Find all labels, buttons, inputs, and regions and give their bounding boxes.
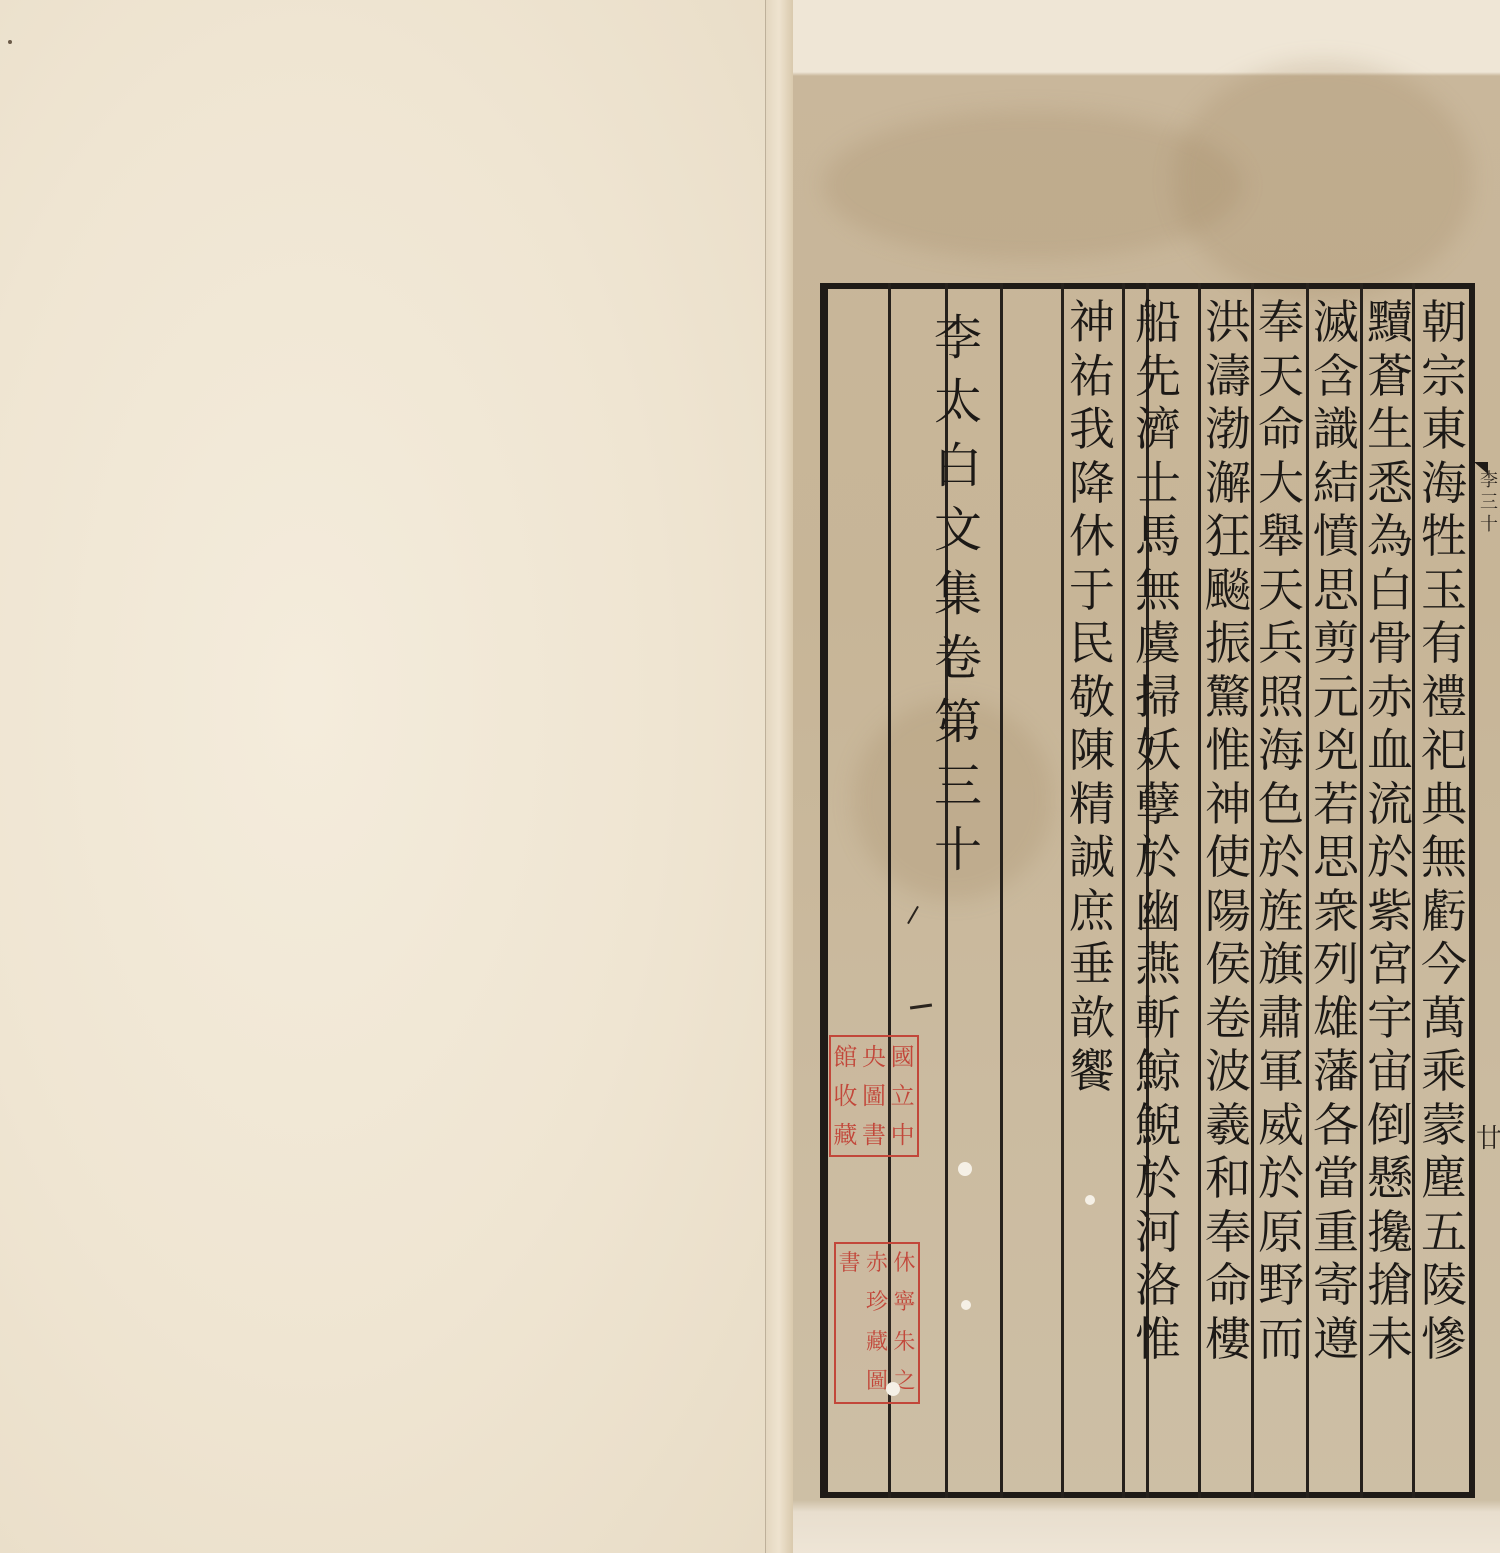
character: 原 [1258,1206,1304,1260]
seal-character: 藏 [863,1332,890,1354]
character: 遵 [1313,1313,1359,1367]
text-column-4: 奉天命大舉天兵照海色於旌旗肅軍威於原野而 [1255,296,1307,1366]
character: 陽 [1205,885,1251,939]
character: 海 [1421,457,1467,511]
character: 結 [1313,457,1359,511]
character: 玉 [1421,564,1467,618]
character: 五 [1421,1206,1467,1260]
character: 洪 [1205,296,1251,350]
character: 於 [1135,831,1181,885]
character: 幽 [1135,885,1181,939]
character: 思 [1313,831,1359,885]
character: 宙 [1367,1045,1413,1099]
character: 神 [1069,296,1115,350]
character: 士 [1135,457,1181,511]
character: 朝 [1421,296,1467,350]
character: 先 [1135,350,1181,404]
character: 惟 [1205,724,1251,778]
character: 誠 [1069,831,1115,885]
character: 燕 [1135,938,1181,992]
seal-character: 立 [888,1084,917,1108]
character: 思 [1313,564,1359,618]
character: 我 [1069,403,1115,457]
character: 海 [1258,724,1304,778]
character: 於 [1367,831,1413,885]
character: 衆 [1313,885,1359,939]
character: 牲 [1421,510,1467,564]
character: 民 [1069,617,1115,671]
character: 澥 [1205,457,1251,511]
character: 重 [1313,1206,1359,1260]
character: 典 [1421,778,1467,832]
column-rule [1198,283,1201,1498]
left-blank-page [0,0,765,1553]
character: 雄 [1313,992,1359,1046]
character: 船 [1135,296,1181,350]
character: 振 [1205,617,1251,671]
paper-stain [1173,60,1473,300]
character: 野 [1258,1259,1304,1313]
character: 肅 [1258,992,1304,1046]
title-character: 白 [934,434,982,498]
character: 東 [1421,403,1467,457]
worm-hole [1085,1195,1095,1205]
plate-mark-character: 三 [1480,492,1498,514]
character: 鯨 [1135,1045,1181,1099]
character: 懸 [1367,1152,1413,1206]
seal-character: 珍 [863,1292,890,1314]
character: 蒙 [1421,1099,1467,1153]
character: 生 [1367,403,1413,457]
page-gutter [765,0,793,1553]
character: 陳 [1069,724,1115,778]
seal-character: 館 [831,1045,860,1069]
character: 照 [1258,671,1304,725]
character: 卷 [1205,992,1251,1046]
character: 庶 [1069,885,1115,939]
seal-character: 收 [831,1084,860,1108]
character: 侯 [1205,938,1251,992]
character: 元 [1313,671,1359,725]
title-character: 李 [934,306,982,370]
collector-seal-lower: 休寧朱之赤珍藏圖書 [834,1242,920,1404]
worm-hole [961,1300,971,1310]
character: 驚 [1205,671,1251,725]
character: 於 [1258,1152,1304,1206]
character: 今 [1421,938,1467,992]
character: 識 [1313,403,1359,457]
seal-character: 藏 [831,1123,860,1147]
character: 搶 [1367,1259,1413,1313]
seal-character: 中 [888,1123,917,1147]
seal-character: 圖 [860,1084,889,1108]
character: 倒 [1367,1099,1413,1153]
character: 白 [1367,564,1413,618]
margin-plate-mark: 李三十 [1478,470,1500,536]
character: 敬 [1069,671,1115,725]
seal-character: 寧 [891,1292,918,1314]
character: 歆 [1069,992,1115,1046]
title-character: 三 [934,754,982,818]
character: 掃 [1135,671,1181,725]
title-character: 十 [934,818,982,882]
character: 兇 [1313,724,1359,778]
seal-character: 書 [860,1123,889,1147]
character: 未 [1367,1313,1413,1367]
character: 當 [1313,1152,1359,1206]
character: 渤 [1205,403,1251,457]
character: 各 [1313,1099,1359,1153]
seal-character: 休 [891,1253,918,1275]
character: 濟 [1135,403,1181,457]
character: 妖 [1135,724,1181,778]
plate-mark-character: 十 [1480,514,1498,536]
character: 祀 [1421,724,1467,778]
character: 休 [1069,510,1115,564]
seal-character: 央 [860,1045,889,1069]
plate-mark-character: 李 [1480,470,1498,492]
character: 樓 [1205,1313,1251,1367]
character: 蒼 [1367,350,1413,404]
character: 狂 [1205,510,1251,564]
character: 滅 [1313,296,1359,350]
column-rule [1122,283,1125,1498]
character: 有 [1421,617,1467,671]
library-seal-upper: 國立中央圖書館收藏 [829,1035,919,1157]
character: 和 [1205,1152,1251,1206]
character: 禮 [1421,671,1467,725]
character: 祐 [1069,350,1115,404]
character: 兵 [1258,617,1304,671]
character: 含 [1313,350,1359,404]
character: 憤 [1313,510,1359,564]
character: 孽 [1135,778,1181,832]
character: 悉 [1367,457,1413,511]
character: 洛 [1135,1259,1181,1313]
character: 黷 [1367,296,1413,350]
character: 饗 [1069,1045,1115,1099]
character: 宮 [1367,938,1413,992]
seal-character: 朱 [891,1332,918,1354]
character: 無 [1421,831,1467,885]
character: 羲 [1205,1099,1251,1153]
character: 神 [1205,778,1251,832]
character: 虧 [1421,885,1467,939]
character: 馬 [1135,510,1181,564]
character: 宗 [1421,350,1467,404]
character: 于 [1069,564,1115,618]
character: 天 [1258,350,1304,404]
character: 旗 [1258,938,1304,992]
character: 紫 [1367,885,1413,939]
character: 藩 [1313,1045,1359,1099]
character: 於 [1135,1152,1181,1206]
character: 奉 [1258,296,1304,350]
character: 舉 [1258,510,1304,564]
character: 萬 [1421,992,1467,1046]
seal-character: 赤 [863,1253,890,1275]
column-rule [1061,283,1064,1498]
volume-title-column: 李太白文集卷第三十 [928,306,988,882]
character: 降 [1069,457,1115,511]
paper-speck [8,40,12,44]
text-column-5: 洪濤渤澥狂飈振驚惟神使陽侯卷波羲和奉命樓 [1202,296,1254,1366]
title-character: 文 [934,498,982,562]
character: 於 [1258,831,1304,885]
character: 而 [1258,1313,1304,1367]
title-character: 卷 [934,626,982,690]
character: 命 [1258,403,1304,457]
column-rule [1000,283,1003,1498]
character: 濤 [1205,350,1251,404]
character: 為 [1367,510,1413,564]
seal-character: 書 [836,1253,863,1275]
character: 精 [1069,778,1115,832]
character: 奉 [1205,1206,1251,1260]
character: 鯢 [1135,1099,1181,1153]
character: 垂 [1069,938,1115,992]
character: 乘 [1421,1045,1467,1099]
character: 斬 [1135,992,1181,1046]
text-column-7: 神祐我降休于民敬陳精誠庶垂歆饗 [1066,296,1118,1099]
seal-character: 國 [888,1045,917,1069]
character: 虞 [1135,617,1181,671]
character: 流 [1367,778,1413,832]
character: 河 [1135,1206,1181,1260]
worm-hole [958,1162,972,1176]
text-column-6: 船先濟士馬無虞掃妖孽於幽燕斬鯨鯢於河洛惟 [1132,296,1184,1366]
character: 寄 [1313,1259,1359,1313]
character: 天 [1258,564,1304,618]
character: 威 [1258,1099,1304,1153]
text-column-3: 滅含識結憤思剪元兇若思衆列雄藩各當重寄遵 [1310,296,1362,1366]
character: 無 [1135,564,1181,618]
character: 命 [1205,1259,1251,1313]
text-column-1: 朝宗東海牲玉有禮祀典無虧今萬乘蒙塵五陵慘 [1418,296,1470,1366]
title-character: 集 [934,562,982,626]
worm-hole [886,1382,900,1396]
character: 波 [1205,1045,1251,1099]
title-character: 第 [934,690,982,754]
text-column-2: 黷蒼生悉為白骨赤血流於紫宮宇宙倒懸攙搶未 [1364,296,1416,1366]
character: 旌 [1258,885,1304,939]
character: 骨 [1367,617,1413,671]
character: 剪 [1313,617,1359,671]
title-character: 太 [934,370,982,434]
character: 血 [1367,724,1413,778]
character: 若 [1313,778,1359,832]
character: 大 [1258,457,1304,511]
character: 列 [1313,938,1359,992]
character: 宇 [1367,992,1413,1046]
character: 陵 [1421,1259,1467,1313]
character: 色 [1258,778,1304,832]
character: 慘 [1421,1313,1467,1367]
margin-page-number: 廿 [1476,1118,1500,1155]
character: 軍 [1258,1045,1304,1099]
character: 使 [1205,831,1251,885]
character: 赤 [1367,671,1413,725]
character: 塵 [1421,1152,1467,1206]
character: 惟 [1135,1313,1181,1367]
character: 飈 [1205,564,1251,618]
character: 攙 [1367,1206,1413,1260]
